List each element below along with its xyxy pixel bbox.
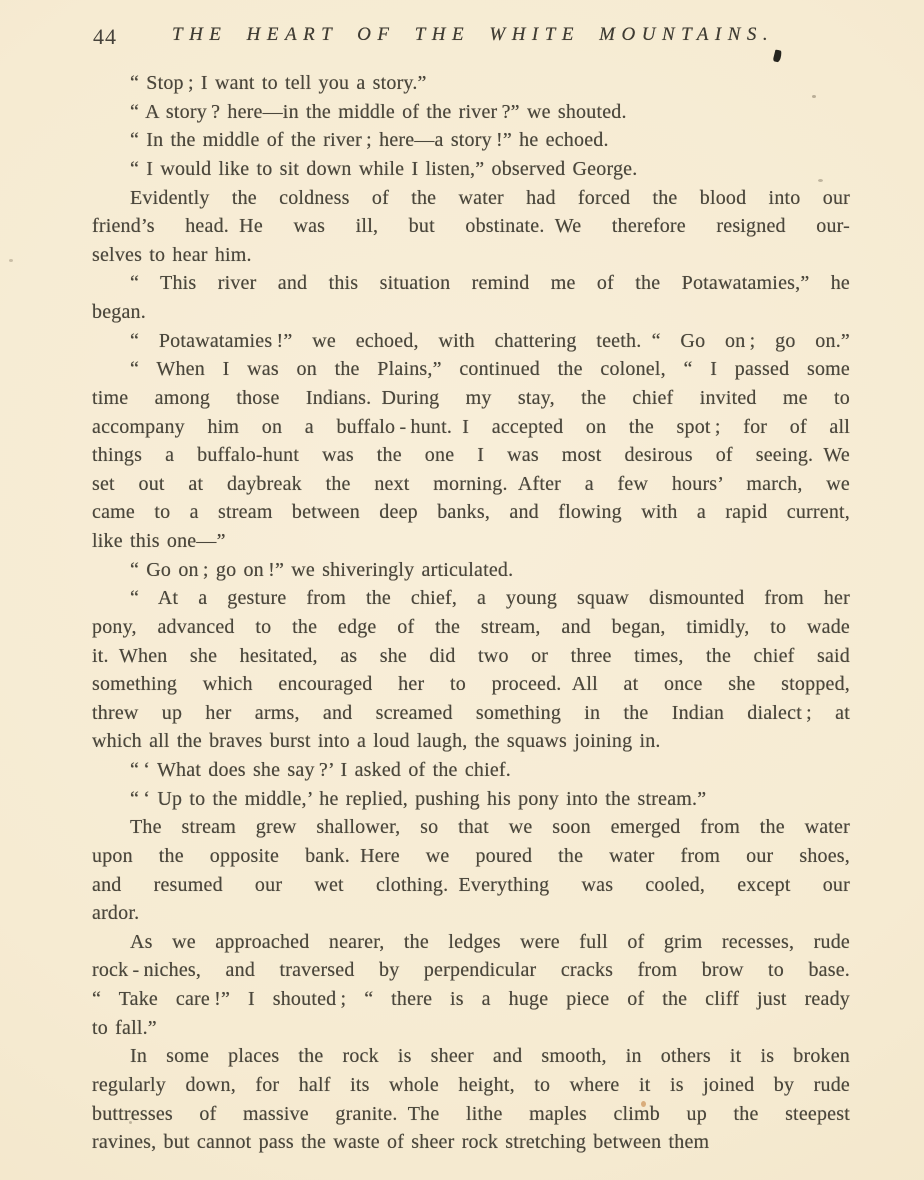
paragraph: “ I would like to sit down while I liste… [92, 155, 850, 184]
text-line: and resumed our wet clothing. Everything… [92, 871, 850, 900]
text-line: “ ‘ Up to the middle,’ he replied, pushi… [92, 785, 850, 814]
text-line: it. When she hesitated, as she did two o… [92, 642, 850, 671]
ink-mark [773, 49, 783, 62]
text-line: “ Stop ; I want to tell you a story.” [92, 69, 850, 98]
page-text: “ Stop ; I want to tell you a story.”“ A… [92, 69, 850, 1157]
paper-speck [9, 259, 13, 262]
text-line: ardor. [92, 899, 850, 928]
text-line: “ A story ? here—in the middle of the ri… [92, 98, 850, 127]
text-line: regularly down, for half its whole heigh… [92, 1071, 850, 1100]
text-line: “ In the middle of the river ; here—a st… [92, 126, 850, 155]
text-line: “ Go on ; go on !” we shiveringly articu… [92, 556, 850, 585]
paragraph: “ ‘ Up to the middle,’ he replied, pushi… [92, 785, 850, 814]
text-line: which all the braves burst into a loud l… [92, 727, 850, 756]
paragraph: “ Stop ; I want to tell you a story.” [92, 69, 850, 98]
text-line: As we approached nearer, the ledges were… [92, 928, 850, 957]
text-line: “ I would like to sit down while I liste… [92, 155, 850, 184]
running-title: THE HEART OF THE WHITE MOUNTAINS. [172, 24, 774, 46]
text-line: “ At a gesture from the chief, a young s… [92, 584, 850, 613]
text-line: like this one—” [92, 527, 850, 556]
text-line: accompany him on a buffalo - hunt. I acc… [92, 413, 850, 442]
text-line: friend’s head. He was ill, but obstinate… [92, 212, 850, 241]
text-line: began. [92, 298, 850, 327]
text-line: buttresses of massive granite. The lithe… [92, 1100, 850, 1129]
paragraph: “ When I was on the Plains,” continued t… [92, 355, 850, 555]
paragraph: Evidently the coldness of the water had … [92, 184, 850, 270]
text-line: came to a stream between deep banks, and… [92, 498, 850, 527]
text-line: “ Take care !” I shouted ; “ there is a … [92, 985, 850, 1014]
text-line: “ Potawatamies !” we echoed, with chatte… [92, 327, 850, 356]
paragraph: In some places the rock is sheer and smo… [92, 1042, 850, 1157]
text-line: time among those Indians. During my stay… [92, 384, 850, 413]
paragraph: “ In the middle of the river ; here—a st… [92, 126, 850, 155]
paragraph: “ Go on ; go on !” we shiveringly articu… [92, 556, 850, 585]
text-line: In some places the rock is sheer and smo… [92, 1042, 850, 1071]
text-line: upon the opposite bank. Here we poured t… [92, 842, 850, 871]
text-line: threw up her arms, and screamed somethin… [92, 699, 850, 728]
text-line: something which encouraged her to procee… [92, 670, 850, 699]
text-line: “ This river and this situation remind m… [92, 269, 850, 298]
text-line: selves to hear him. [92, 241, 850, 270]
text-line: to fall.” [92, 1014, 850, 1043]
paragraph: The stream grew shallower, so that we so… [92, 813, 850, 928]
text-line: Evidently the coldness of the water had … [92, 184, 850, 213]
text-line: set out at daybreak the next morning. Af… [92, 470, 850, 499]
text-line: pony, advanced to the edge of the stream… [92, 613, 850, 642]
text-line: “ When I was on the Plains,” continued t… [92, 355, 850, 384]
paragraph: “ ‘ What does she say ?’ I asked of the … [92, 756, 850, 785]
text-line: “ ‘ What does she say ?’ I asked of the … [92, 756, 850, 785]
paragraph: “ A story ? here—in the middle of the ri… [92, 98, 850, 127]
text-line: The stream grew shallower, so that we so… [92, 813, 850, 842]
page-number: 44 [93, 24, 117, 50]
text-line: things a buffalo-hunt was the one I was … [92, 441, 850, 470]
book-page: 44 THE HEART OF THE WHITE MOUNTAINS. “ S… [0, 0, 924, 1180]
paragraph: “ This river and this situation remind m… [92, 269, 850, 326]
paragraph: As we approached nearer, the ledges were… [92, 928, 850, 1043]
paragraph: “ Potawatamies !” we echoed, with chatte… [92, 327, 850, 356]
text-line: rock - niches, and traversed by perpendi… [92, 956, 850, 985]
paragraph: “ At a gesture from the chief, a young s… [92, 584, 850, 756]
text-line: ravines, but cannot pass the waste of sh… [92, 1128, 850, 1157]
